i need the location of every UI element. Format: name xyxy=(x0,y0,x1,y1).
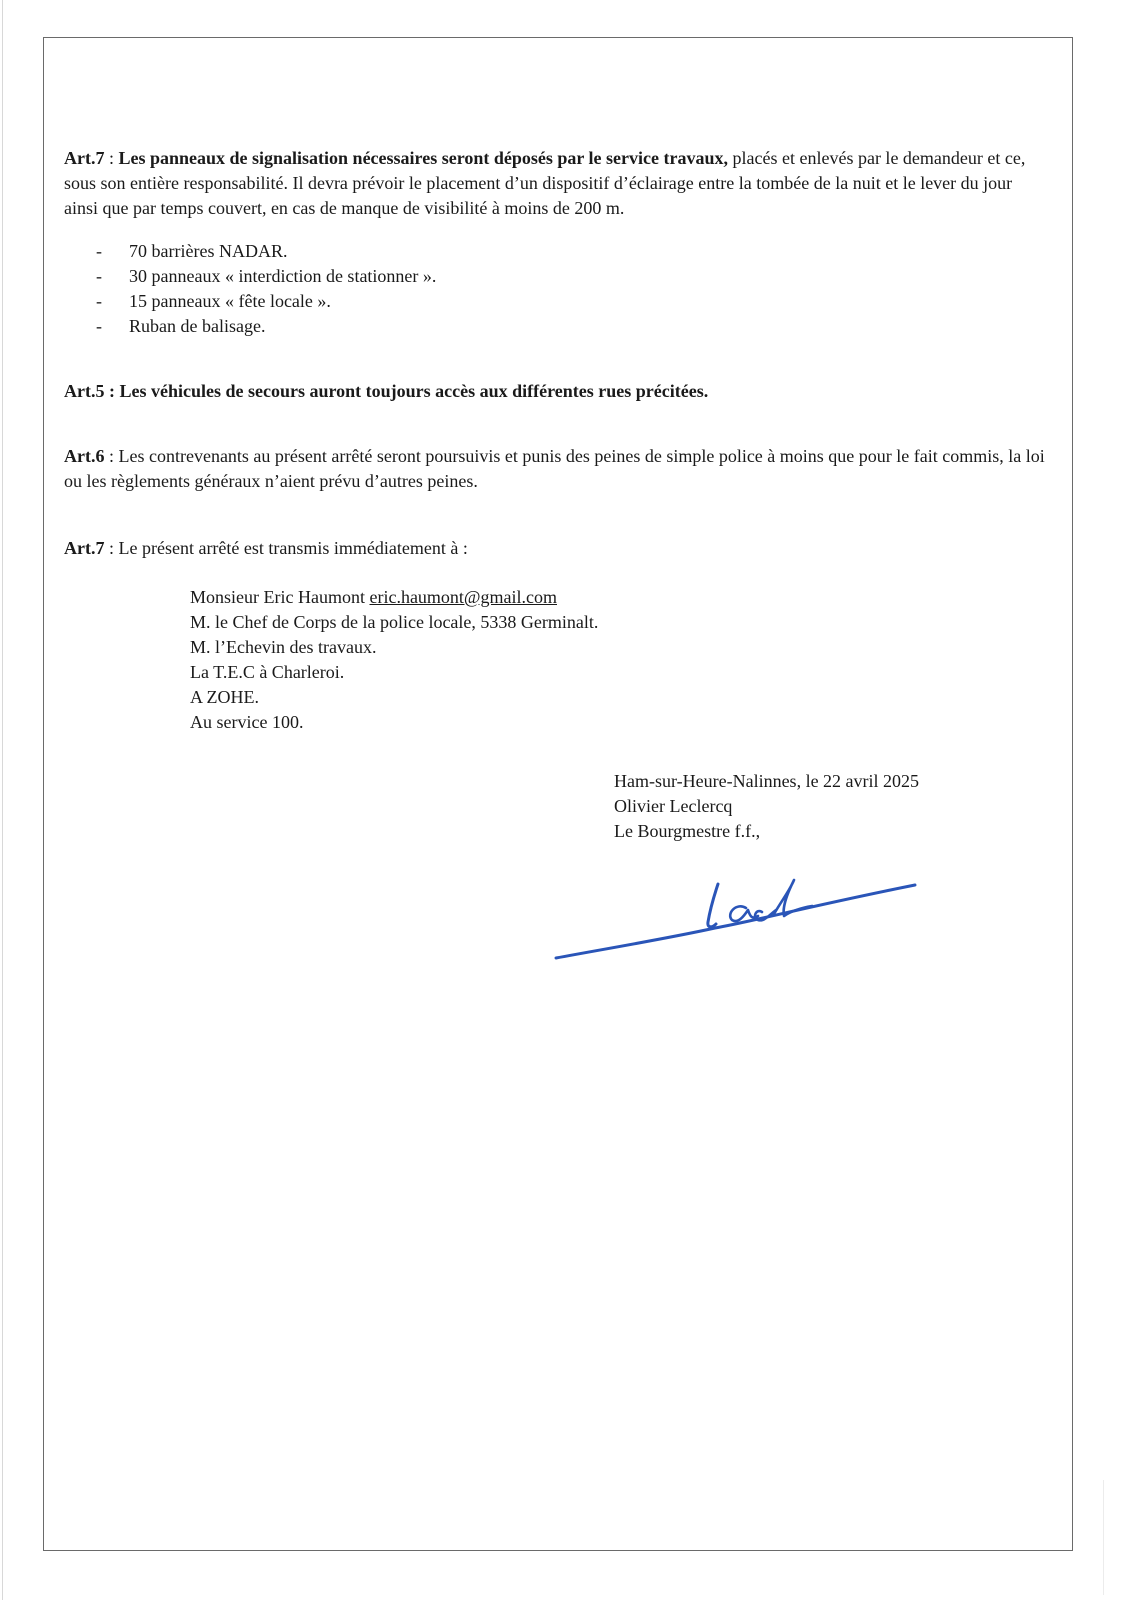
recipient-item: La T.E.C à Charleroi. xyxy=(190,660,1049,685)
list-item-text: 70 barrières NADAR. xyxy=(129,241,287,261)
place-date: Ham-sur-Heure-Nalinnes, le 22 avril 2025 xyxy=(614,769,919,794)
recipient-item: Au service 100. xyxy=(190,710,1049,735)
recipient-item: M. le Chef de Corps de la police locale,… xyxy=(190,610,1049,635)
list-item: -30 panneaux « interdiction de stationne… xyxy=(64,264,1049,289)
recipient-email-link[interactable]: eric.haumont@gmail.com xyxy=(369,587,557,607)
list-item-text: 15 panneaux « fête locale ». xyxy=(129,291,331,311)
dash-bullet-icon: - xyxy=(96,289,102,314)
dash-bullet-icon: - xyxy=(96,314,102,339)
recipient-item: M. l’Echevin des travaux. xyxy=(190,635,1049,660)
article-text: : Les contrevenants au présent arrêté se… xyxy=(64,446,1045,491)
scan-edge-right xyxy=(1103,1480,1104,1595)
list-item-text: 30 panneaux « interdiction de stationner… xyxy=(129,266,436,286)
handwritten-signature-icon xyxy=(550,870,930,970)
recipient-item: A ZOHE. xyxy=(190,685,1049,710)
signatory-title: Le Bourgmestre f.f., xyxy=(614,819,919,844)
list-item-text: Ruban de balisage. xyxy=(129,316,265,336)
list-item: -70 barrières NADAR. xyxy=(64,239,1049,264)
article-7-transmission: Art.7 : Le présent arrêté est transmis i… xyxy=(64,536,1049,561)
recipient-name: Monsieur Eric Haumont xyxy=(190,587,369,607)
article-7-signage: Art.7 : Les panneaux de signalisation né… xyxy=(64,146,1049,221)
article-bold-text: Les panneaux de signalisation nécessaire… xyxy=(119,148,729,168)
article-5-emergency: Art.5 : Les véhicules de secours auront … xyxy=(64,379,1049,404)
signature-block: Ham-sur-Heure-Nalinnes, le 22 avril 2025… xyxy=(614,769,919,844)
list-item: -Ruban de balisage. xyxy=(64,314,1049,339)
article-separator: : xyxy=(104,148,118,168)
scan-edge-left xyxy=(2,0,3,1600)
article-label: Art.7 xyxy=(64,538,104,558)
document-body: Art.7 : Les panneaux de signalisation né… xyxy=(64,146,1049,735)
dash-bullet-icon: - xyxy=(96,239,102,264)
dash-bullet-icon: - xyxy=(96,264,102,289)
article-6-penalties: Art.6 : Les contrevenants au présent arr… xyxy=(64,444,1049,494)
article-label: Art.7 xyxy=(64,148,104,168)
article-label: Art.6 xyxy=(64,446,104,466)
article-text: : Le présent arrêté est transmis immédia… xyxy=(104,538,467,558)
recipient-item: Monsieur Eric Haumont eric.haumont@gmail… xyxy=(190,585,1049,610)
signatory-name: Olivier Leclercq xyxy=(614,794,919,819)
list-item: -15 panneaux « fête locale ». xyxy=(64,289,1049,314)
equipment-list: -70 barrières NADAR. -30 panneaux « inte… xyxy=(64,239,1049,339)
recipients-list: Monsieur Eric Haumont eric.haumont@gmail… xyxy=(190,585,1049,735)
